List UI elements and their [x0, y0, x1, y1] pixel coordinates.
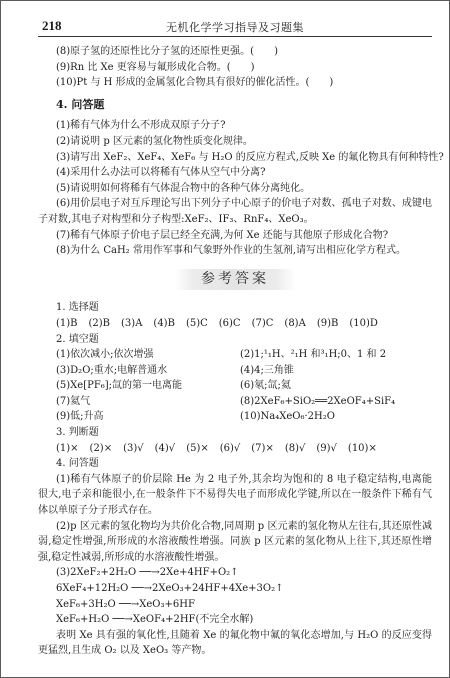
judgment-answers: (1)×(2)×(3)√(4)√(5)×(6)√(7)×(8)√(9)√(10)… [38, 441, 432, 457]
answer-item: (6)√ [220, 443, 241, 454]
fill-answer-row: (5)Xe[PF₆];氙的第一电离能 (6)氡;氙;氦 [38, 378, 432, 394]
equation: (3)2XeF₂+2H₂O ──→2Xe+4HF+O₂↑ [38, 565, 432, 581]
question-item: (6)用价层电子对互斥理论写出下列分子中心原子的价电子对数、孤电子对数、成键电子… [38, 196, 432, 227]
answer-item: (10)× [348, 443, 377, 454]
equation: XeF₆+3H₂O ──→XeO₃+6HF [38, 597, 432, 613]
running-title: 无机化学学习指导及习题集 [38, 19, 432, 35]
answer-item: (8)A [284, 318, 305, 329]
question-item: (10)Pt 与 H 形成的金属氢化合物具有很好的催化活性。( ) [38, 75, 432, 91]
question-item: (2)请说明 p 区元素的氢化物性质变化规律。 [38, 134, 432, 150]
answers-banner: 参考答案 [38, 269, 432, 291]
answer-item: (4)B [153, 318, 175, 329]
answer-item: (9)√ [316, 443, 337, 454]
answer-item: (5)× [186, 443, 209, 454]
fill-answer-row: (1)依次减小;依次增强 (2)1;¹₁H、²₁H 和³₁H;0、1 和 2 [38, 347, 432, 363]
fill-answer-row: (3)D₂O;重水;电解普通水 (4)4;三角锥 [38, 363, 432, 379]
answer-paragraph: 表明 Xe 具有强的氧化性,且随着 Xe 的氟化物中氟的氧化态增加,与 H₂O … [38, 628, 432, 659]
answer-item: (7)C [252, 318, 274, 329]
section-title: 4. 问答题 [38, 456, 432, 472]
equation: XeF₆+H₂O ──→XeOF₄+2HF(不完全水解) [38, 612, 432, 628]
question-item: (3)请写出 XeF₂、XeF₄、XeF₆ 与 H₂O 的反应方程式,反映 Xe… [38, 150, 432, 166]
fill-answer-row: (9)低;升高 (10)Na₄XeO₆·2H₂O [38, 409, 432, 425]
answer-item: (9)B [317, 318, 339, 329]
answer-item: (4)√ [155, 443, 176, 454]
equation: 6XeF₄+12H₂O ──→2XeO₃+24HF+4Xe+3O₂↑ [38, 581, 432, 597]
answer-item: (7)氦气 [56, 394, 240, 410]
answer-item: (2)1;¹₁H、²₁H 和³₁H;0、1 和 2 [240, 347, 432, 363]
question-item: (7)稀有气体原子价电子层已经全充满,为何 Xe 还能与其他原子形成化合物? [38, 228, 432, 244]
answer-item: (7)× [251, 443, 274, 454]
answer-item: (5)Xe[PF₆];氙的第一电离能 [56, 378, 240, 394]
fill-answer-row: (7)氦气 (8)2XeF₆+SiO₂══2XeOF₄+SiF₄ [38, 394, 432, 410]
section-title: 3. 判断题 [38, 425, 432, 441]
answer-item: (3)D₂O;重水;电解普通水 [56, 363, 240, 379]
question-item: (8)为什么 CaH₂ 常用作军事和气象野外作业的生氢剂,请写出相应化学方程式。 [38, 243, 432, 259]
answer-item: (1)× [56, 443, 79, 454]
answer-item: (8)√ [285, 443, 306, 454]
answer-item: (10)Na₄XeO₆·2H₂O [240, 409, 432, 425]
choice-answers: (1)B(2)B(3)A(4)B(5)C(6)C(7)C(8)A(9)B(10)… [38, 316, 432, 332]
page-content: (8)原子氢的还原性比分子氢的还原性更强。( ) (9)Rn 比 Xe 更容易与… [38, 44, 432, 659]
answer-item: (9)低;升高 [56, 409, 240, 425]
answer-paragraph: (2)p 区元素的氢化物均为共价化合物,同周期 p 区元素的氢化物从左往右,其还… [38, 519, 432, 566]
question-item: (9)Rn 比 Xe 更容易与氟形成化合物。( ) [38, 60, 432, 76]
answer-paragraph: (1)稀有气体原子的价层除 He 为 2 电子外,其余均为饱和的 8 电子稳定结… [38, 472, 432, 519]
answer-item: (10)D [349, 318, 378, 329]
answer-item: (5)C [186, 318, 208, 329]
answer-item: (2)B [89, 318, 111, 329]
question-item: (4)采用什么办法可以将稀有气体从空气中分离? [38, 165, 432, 181]
answer-item: (8)2XeF₆+SiO₂══2XeOF₄+SiF₄ [240, 394, 432, 410]
page-header: 218 无机化学学习指导及习题集 [38, 18, 432, 37]
answer-item: (6)氡;氙;氦 [240, 378, 432, 394]
answer-item: (2)× [90, 443, 113, 454]
section-title: 2. 填空题 [38, 332, 432, 348]
answers-banner-label: 参考答案 [175, 269, 295, 291]
answer-item: (1)依次减小;依次增强 [56, 347, 240, 363]
section-title: 1. 选择题 [38, 300, 432, 316]
question-item: (1)稀有气体为什么不形成双原子分子? [38, 118, 432, 134]
section-title: 4. 问答题 [38, 97, 432, 113]
answer-item: (3)√ [123, 443, 144, 454]
question-item: (5)请说明如何将稀有气体混合物中的各种气体分离纯化。 [38, 181, 432, 197]
answer-item: (1)B [56, 318, 78, 329]
answer-item: (4)4;三角锥 [240, 363, 432, 379]
answer-item: (3)A [121, 318, 142, 329]
question-item: (8)原子氢的还原性比分子氢的还原性更强。( ) [38, 44, 432, 60]
answer-item: (6)C [219, 318, 241, 329]
